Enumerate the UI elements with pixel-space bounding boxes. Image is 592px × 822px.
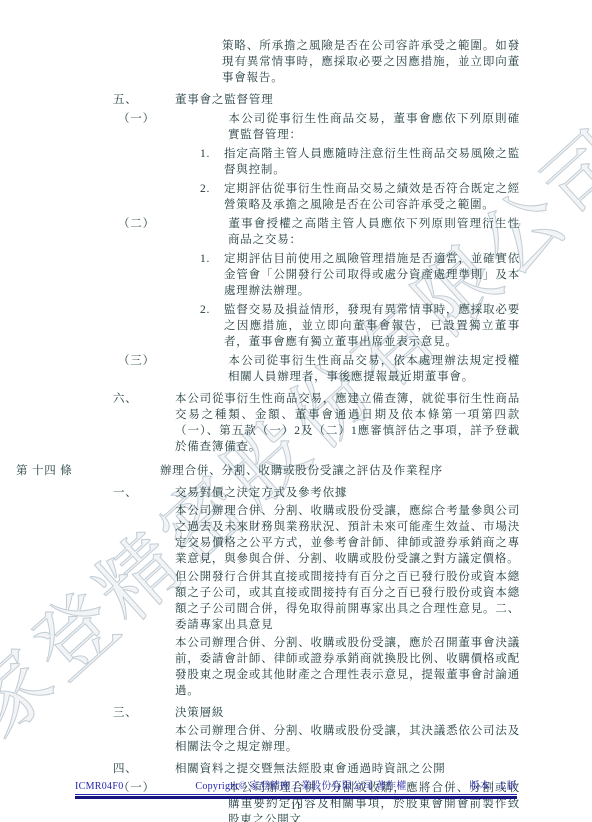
block-label: 六、	[144, 391, 175, 407]
paragraph-block: 第 十四 條辦理合併、分割、收購或股份受讓之評估及作業程序	[88, 463, 520, 479]
paragraph-block: 1.定期評估目前使用之風險管理措施是否適當，並確實依金管會「公開發行公司取得或處…	[212, 251, 520, 299]
block-text: 定期評估目前使用之風險管理措施是否適當，並確實依金管會「公開發行公司取得或處分資…	[224, 253, 520, 297]
paragraph-block: 本公司辦理合併、分割、收購或股份受讓，應綜合考量參與公司之過去及未來財務與業務狀…	[175, 503, 520, 567]
paragraph-block: 五、董事會之監督管理	[144, 92, 520, 108]
paragraph-block: 2.監督交易及損益情形，發現有異常情事時，應採取必要之因應措施，並立即向董事會報…	[212, 302, 520, 350]
page-footer: ICMR04F0 Copyright© 家登精密工業股份有限公司 著作權 版本：…	[75, 777, 517, 812]
block-text: 決策層級	[175, 707, 224, 719]
paragraph-block: 本公司辦理合併、分割、收購或股份受讓，其決議悉依公司法及相關法令之規定辦理。	[175, 723, 520, 755]
block-text: 本公司辦理合併、分割、收購或股份受讓，其決議悉依公司法及相關法令之規定辦理。	[175, 725, 520, 753]
block-text: 指定高階主管人員應隨時注意衍生性商品交易風險之監督與控制。	[224, 148, 520, 176]
block-label: 1.	[212, 251, 224, 267]
paragraph-block: 策略、所承擔之風險是否在公司容許承受之範圍。如發現有異常情事時，應採取必要之因應…	[222, 38, 520, 86]
document-page: 家登精密股份有限公司 策略、所承擔之風險是否在公司容許承受之範圍。如發現有異常情…	[0, 0, 592, 822]
block-text: 辦理合併、分割、收購或股份受讓之評估及作業程序	[160, 465, 443, 477]
block-label: 2.	[212, 181, 224, 197]
version-label: 版本：L版	[447, 777, 517, 792]
block-label: 四、	[144, 761, 175, 777]
block-label: 五、	[144, 92, 175, 108]
block-text: 定期評估從事衍生性商品交易之績效是否符合既定之經營策略及承擔之風險是否在公司容許…	[224, 183, 520, 211]
block-text: 本公司辦理合併、分割、收購或股份受讓，應綜合考量參與公司之過去及未來財務與業務狀…	[175, 505, 520, 565]
paragraph-block: 一、交易對價之決定方式及參考依據	[144, 485, 520, 501]
paragraph-block: 四、相關資料之提交暨無法經股東會通過時資訊之公開	[144, 761, 520, 777]
block-label: 2.	[212, 302, 224, 318]
block-label: 一、	[144, 485, 175, 501]
paragraph-block: 但公開發行合併其直接或間接持有百分之百已發行股份或資本總額之子公司，或其直接或間…	[175, 569, 520, 633]
document-body: 策略、所承擔之風險是否在公司容許承受之範圍。如發現有異常情事時，應採取必要之因應…	[0, 0, 592, 822]
paragraph-block: 本公司辦理合併、分割、收購或股份受讓，應於召開董事會決議前，委請會計師、律師或證…	[175, 635, 520, 699]
block-text: 交易對價之決定方式及參考依據	[175, 487, 347, 499]
block-text: 但公開發行合併其直接或間接持有百分之百已發行股份或資本總額之子公司，或其直接或間…	[175, 571, 520, 631]
block-text: 相關資料之提交暨無法經股東會通過時資訊之公開	[175, 763, 446, 775]
footer-row: ICMR04F0 Copyright© 家登精密工業股份有限公司 著作權 版本：…	[75, 777, 517, 795]
block-label: 第 十四 條	[88, 463, 160, 479]
paragraph-block: 2.定期評估從事衍生性商品交易之績效是否符合既定之經營策略及承擔之風險是否在公司…	[212, 181, 520, 213]
block-text: 策略、所承擔之風險是否在公司容許承受之範圍。如發現有異常情事時，應採取必要之因應…	[222, 40, 520, 84]
block-text: 本公司從事衍生性商品交易，依本處理辦法規定授權相關人員辦理者，事後應提報最近期董…	[228, 355, 520, 383]
paragraph-block: （一）本公司從事衍生性商品交易，董事會應依下列原則確實監督管理：	[173, 111, 520, 143]
block-label: 三、	[144, 705, 175, 721]
paragraph-block: （二）董事會授權之高階主管人員應依下列原則管理衍生性商品之交易：	[173, 216, 520, 248]
block-text: 本公司從事衍生性商品交易，董事會應依下列原則確實監督管理：	[228, 113, 520, 141]
block-label: （一）	[173, 111, 228, 127]
block-label: 1.	[212, 146, 224, 162]
footer-rule	[75, 796, 517, 799]
page-number: 11	[75, 801, 517, 812]
document-code: ICMR04F0	[75, 781, 155, 792]
block-text: 本公司從事衍生性商品交易，應建立備查簿，就從事衍生性商品交易之種類、金額、董事會…	[175, 393, 520, 453]
block-text: 監督交易及損益情形，發現有異常情事時，應採取必要之因應措施，並立即向董事會報告，…	[224, 304, 520, 348]
copyright-notice: Copyright© 家登精密工業股份有限公司 著作權	[155, 777, 447, 792]
paragraph-block: 1.指定高階主管人員應隨時注意衍生性商品交易風險之監督與控制。	[212, 146, 520, 178]
block-text: 董事會之監督管理	[175, 94, 273, 106]
block-text: 本公司辦理合併、分割、收購或股份受讓，應於召開董事會決議前，委請會計師、律師或證…	[175, 637, 520, 697]
block-label: （二）	[173, 216, 228, 232]
paragraph-block: 六、本公司從事衍生性商品交易，應建立備查簿，就從事衍生性商品交易之種類、金額、董…	[144, 391, 520, 455]
block-label: （三）	[173, 353, 228, 369]
paragraph-block: 三、決策層級	[144, 705, 520, 721]
paragraph-block: （三）本公司從事衍生性商品交易，依本處理辦法規定授權相關人員辦理者，事後應提報最…	[173, 353, 520, 385]
block-text: 董事會授權之高階主管人員應依下列原則管理衍生性商品之交易：	[228, 218, 520, 246]
